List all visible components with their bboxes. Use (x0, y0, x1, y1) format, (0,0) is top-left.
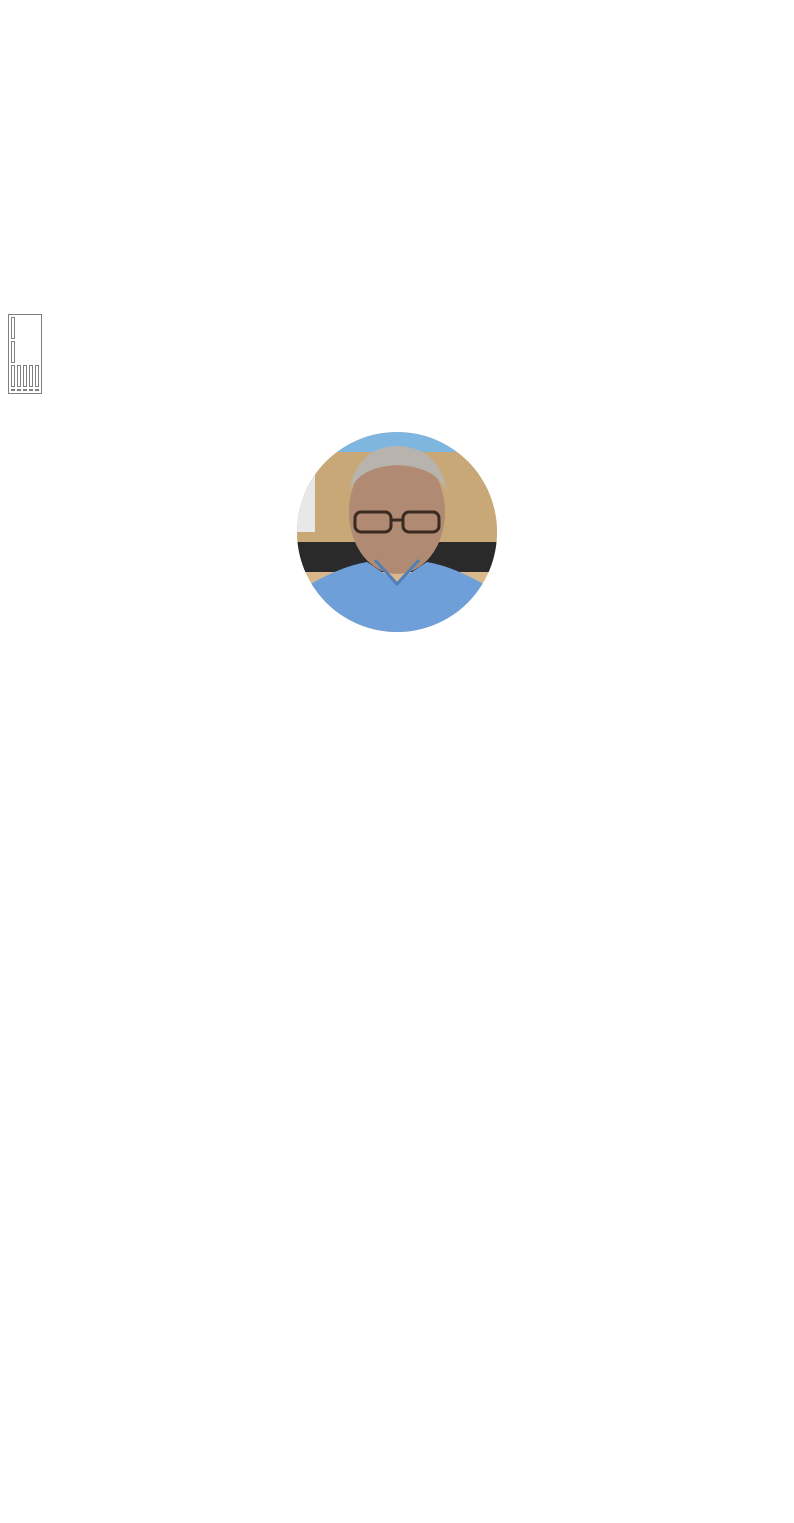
header-cell-april (17, 365, 21, 387)
schedule-company (11, 317, 15, 339)
header-cell-may (23, 365, 27, 387)
requirement-heading (8, 0, 786, 34)
ar-june-value (8, 204, 786, 238)
ar-may-value (8, 136, 786, 170)
header-cell-blank (11, 365, 15, 387)
schedule-title (11, 341, 15, 363)
header-cell-total (35, 365, 39, 387)
document-body (0, 0, 794, 632)
ar-title (8, 68, 786, 102)
ar-june-label (8, 170, 786, 204)
ar-company-name (8, 34, 786, 68)
ar-total-value (8, 272, 786, 306)
cash-collections-schedule-table (8, 314, 42, 394)
ar-total-label (8, 238, 786, 272)
ar-may-label (8, 102, 786, 136)
person-photo-icon (297, 432, 497, 632)
author-avatar (297, 432, 497, 632)
schedule-header-row (11, 365, 39, 387)
header-cell-june (29, 365, 33, 387)
